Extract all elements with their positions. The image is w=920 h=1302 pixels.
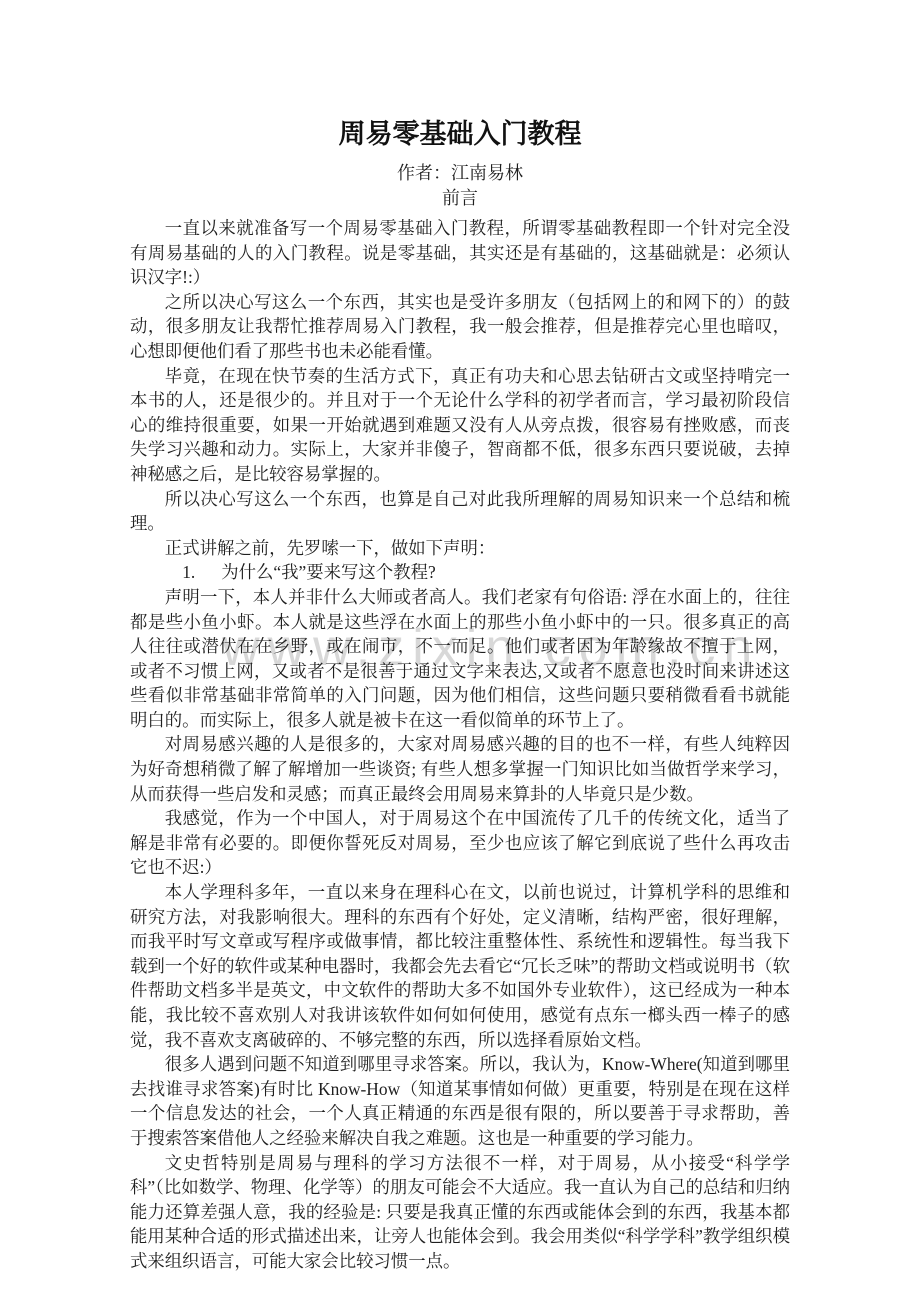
- paragraph: 对周易感兴趣的人是很多的，大家对周易感兴趣的目的也不一样，有些人纯粹因为好奇想稍…: [130, 732, 790, 806]
- numbered-item-text: 为什么“我”要来写这个教程?: [221, 562, 435, 582]
- numbered-item-number: 1.: [156, 560, 195, 585]
- paragraph: 我感觉，作为一个中国人，对于周易这个在中国流传了几千的传统文化，适当了解是非常有…: [130, 806, 790, 880]
- paragraph: 一直以来就准备写一个周易零基础入门教程，所谓零基础教程即一个针对完全没有周易基础…: [130, 216, 790, 290]
- section-heading-preface: 前言: [130, 186, 790, 211]
- numbered-item: 1.为什么“我”要来写这个教程?: [130, 560, 790, 585]
- paragraph: 声明一下，本人并非什么大师或者高人。我们老家有句俗语: 浮在水面上的，往往都是些…: [130, 585, 790, 733]
- paragraph: 之所以决心写这么一个东西，其实也是受许多朋友（包括网上的和网下的）的鼓动，很多朋…: [130, 290, 790, 364]
- page-title: 周易零基础入门教程: [130, 116, 790, 152]
- paragraph: 所以决心写这么一个东西，也算是自己对此我所理解的周易知识来一个总结和梳理。: [130, 487, 790, 536]
- document-page: www.zixin.com.cn 周易零基础入门教程 作者：江南易林 前言 一直…: [0, 0, 920, 1302]
- paragraph: 正式讲解之前，先罗嗦一下，做如下声明：: [130, 536, 790, 561]
- author-line: 作者：江南易林: [130, 161, 790, 186]
- document-content: 周易零基础入门教程 作者：江南易林 前言 一直以来就准备写一个周易零基础入门教程…: [130, 116, 790, 1274]
- body-text: 一直以来就准备写一个周易零基础入门教程，所谓零基础教程即一个针对完全没有周易基础…: [130, 216, 790, 1274]
- paragraph: 文史哲特别是周易与理科的学习方法很不一样，对于周易，从小接受“科学学科”（比如数…: [130, 1151, 790, 1274]
- paragraph: 毕竟，在现在快节奏的生活方式下，真正有功夫和心思去钻研古文或坚持啃完一本书的人，…: [130, 364, 790, 487]
- paragraph: 很多人遇到问题不知道到哪里寻求答案。所以，我认为，Know-Where(知道到哪…: [130, 1052, 790, 1150]
- paragraph: 本人学理科多年，一直以来身在理科心在文，以前也说过，计算机学科的思维和研究方法，…: [130, 880, 790, 1052]
